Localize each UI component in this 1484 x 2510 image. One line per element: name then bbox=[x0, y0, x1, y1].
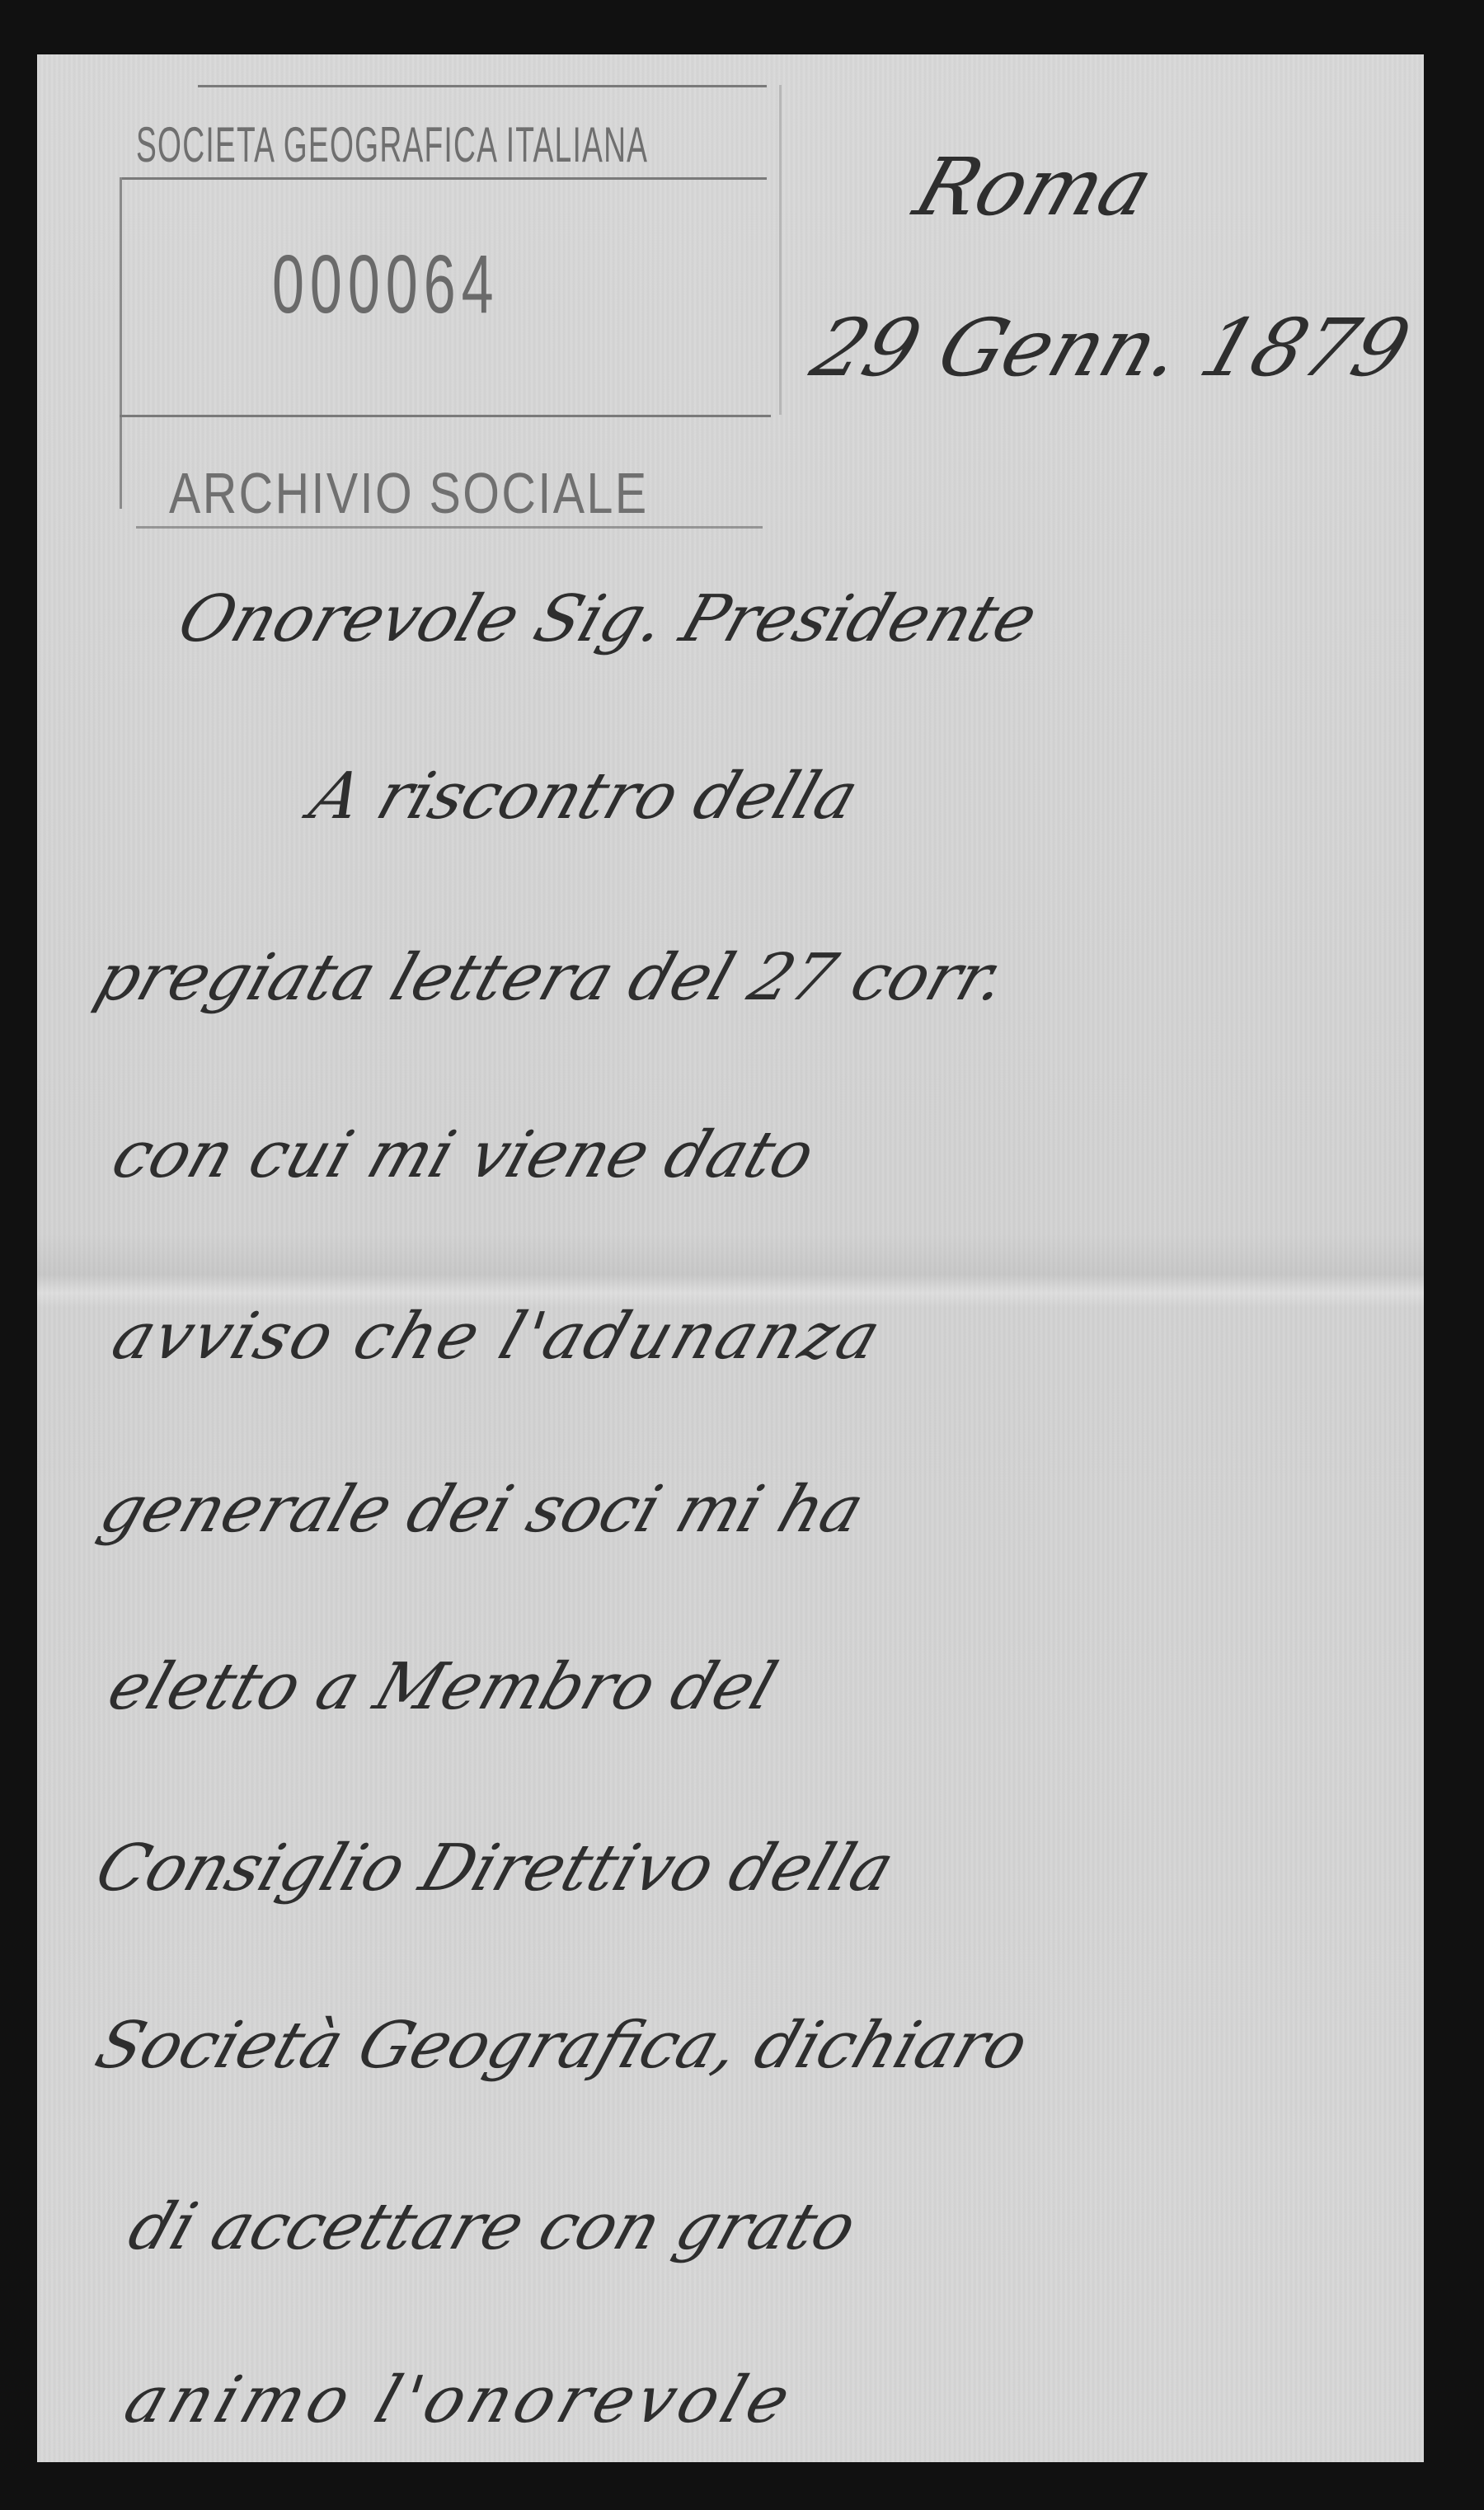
paper-fold bbox=[37, 1234, 1424, 1308]
stamp-right-rule bbox=[779, 85, 782, 415]
body-line: pregiata lettera del 27 corr. bbox=[87, 941, 1016, 1015]
letter-date: 29 Genn. 1879 bbox=[801, 302, 1421, 394]
body-line: A riscontro della bbox=[301, 759, 866, 834]
stamp-top-rule bbox=[198, 85, 767, 87]
archive-stamp: SOCIETA GEOGRAFICA ITALIANA 000064 ARCHI… bbox=[120, 85, 787, 530]
body-line: di accettare con grato bbox=[120, 2190, 865, 2264]
stamp-number: 000064 bbox=[272, 237, 500, 332]
stamp-rule-2 bbox=[120, 415, 771, 417]
stamp-footer: ARCHIVIO SOCIALE bbox=[169, 460, 683, 526]
body-line: eletto a Membro del bbox=[99, 1650, 785, 1724]
letter-page: SOCIETA GEOGRAFICA ITALIANA 000064 ARCHI… bbox=[37, 54, 1424, 2462]
letter-place: Roma bbox=[904, 141, 1164, 233]
body-line: Consiglio Direttivo della bbox=[87, 1831, 903, 1906]
body-line: con cui mi viene dato bbox=[103, 1118, 823, 1192]
stamp-bottom-rule bbox=[136, 526, 763, 529]
body-line: generale dei soci mi ha bbox=[91, 1473, 872, 1547]
stamp-header: SOCIETA GEOGRAFICA ITALIANA bbox=[136, 116, 535, 173]
body-line: Società Geografica, dichiaro bbox=[87, 2009, 1037, 2083]
stamp-left-rule bbox=[120, 177, 122, 509]
body-line: animo l'onorevole bbox=[115, 2363, 804, 2437]
body-line: avviso che l'adunanza bbox=[103, 1300, 891, 1374]
letter-salutation: Onorevole Sig. Presidente bbox=[169, 582, 1045, 656]
stamp-rule-1 bbox=[120, 177, 767, 180]
